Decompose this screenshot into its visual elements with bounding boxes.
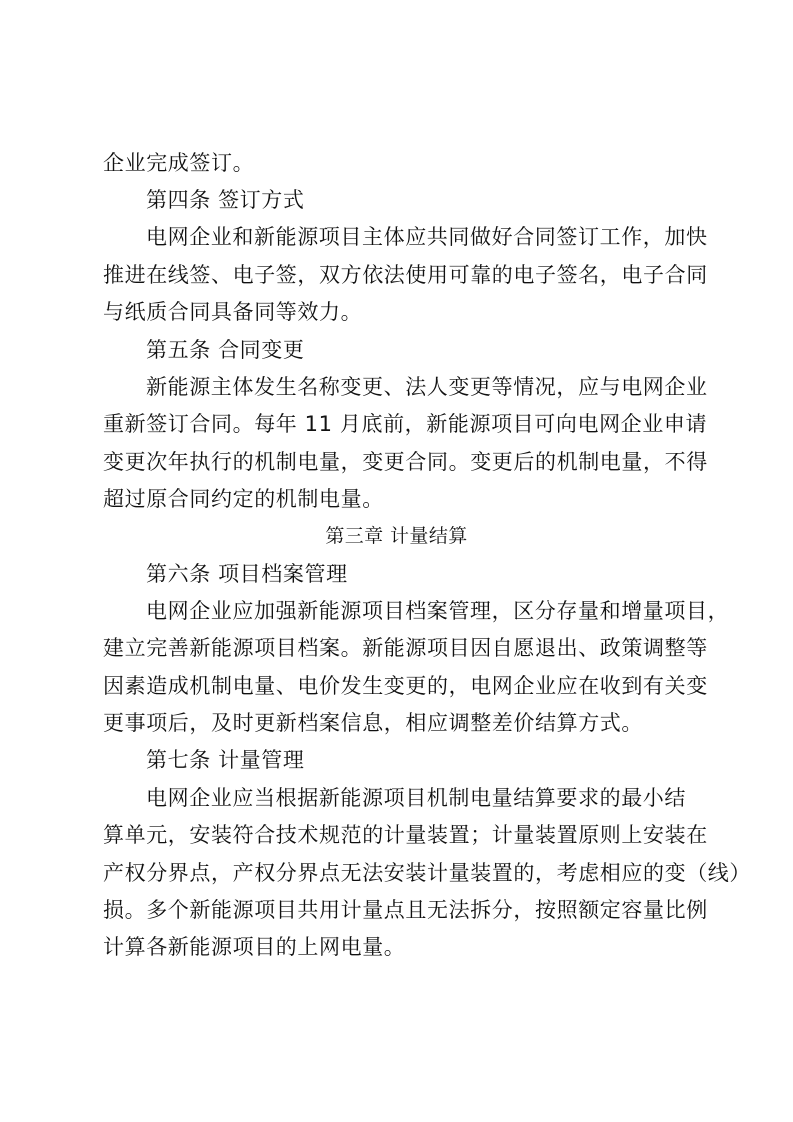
paragraph-line: 算单元，安装符合技术规范的计量装置；计量装置原则上安装在 [103, 820, 703, 850]
paragraph-line: 电网企业应加强新能源项目档案管理，区分存量和增量项目， [146, 596, 746, 626]
paragraph-line: 计算各新能源项目的上网电量。 [103, 932, 703, 962]
paragraph-line: 重新签订合同。每年 11 月底前，新能源项目可向电网企业申请 [103, 409, 703, 439]
chapter-heading-3: 第三章 计量结算 [0, 521, 793, 551]
paragraph-line-continuation: 企业完成签订。 [103, 148, 703, 178]
paragraph-line: 更事项后，及时更新档案信息，相应调整差价结算方式。 [103, 708, 703, 738]
paragraph-line: 推进在线签、电子签，双方依法使用可靠的电子签名，电子合同 [103, 260, 703, 290]
article-heading-5: 第五条 合同变更 [146, 335, 746, 365]
article-heading-7: 第七条 计量管理 [146, 745, 746, 775]
paragraph-line: 电网企业应当根据新能源项目机制电量结算要求的最小结 [146, 783, 746, 813]
article-heading-6: 第六条 项目档案管理 [146, 559, 746, 589]
article-heading-4: 第四条 签订方式 [146, 185, 746, 215]
paragraph-line: 建立完善新能源项目档案。新能源项目因自愿退出、政策调整等 [103, 633, 703, 663]
document-page: 企业完成签订。 第四条 签订方式 电网企业和新能源项目主体应共同做好合同签订工作… [0, 0, 793, 1122]
paragraph-line: 新能源主体发生名称变更、法人变更等情况，应与电网企业 [146, 372, 746, 402]
paragraph-line: 电网企业和新能源项目主体应共同做好合同签订工作，加快 [146, 222, 746, 252]
paragraph-line: 变更次年执行的机制电量，变更合同。变更后的机制电量，不得 [103, 447, 703, 477]
paragraph-line: 与纸质合同具备同等效力。 [103, 297, 703, 327]
paragraph-line: 产权分界点，产权分界点无法安装计量装置的，考虑相应的变（线） [103, 858, 703, 888]
paragraph-line: 因素造成机制电量、电价发生变更的，电网企业应在收到有关变 [103, 671, 703, 701]
paragraph-line: 超过原合同约定的机制电量。 [103, 484, 703, 514]
paragraph-line: 损。多个新能源项目共用计量点且无法拆分，按照额定容量比例 [103, 895, 703, 925]
